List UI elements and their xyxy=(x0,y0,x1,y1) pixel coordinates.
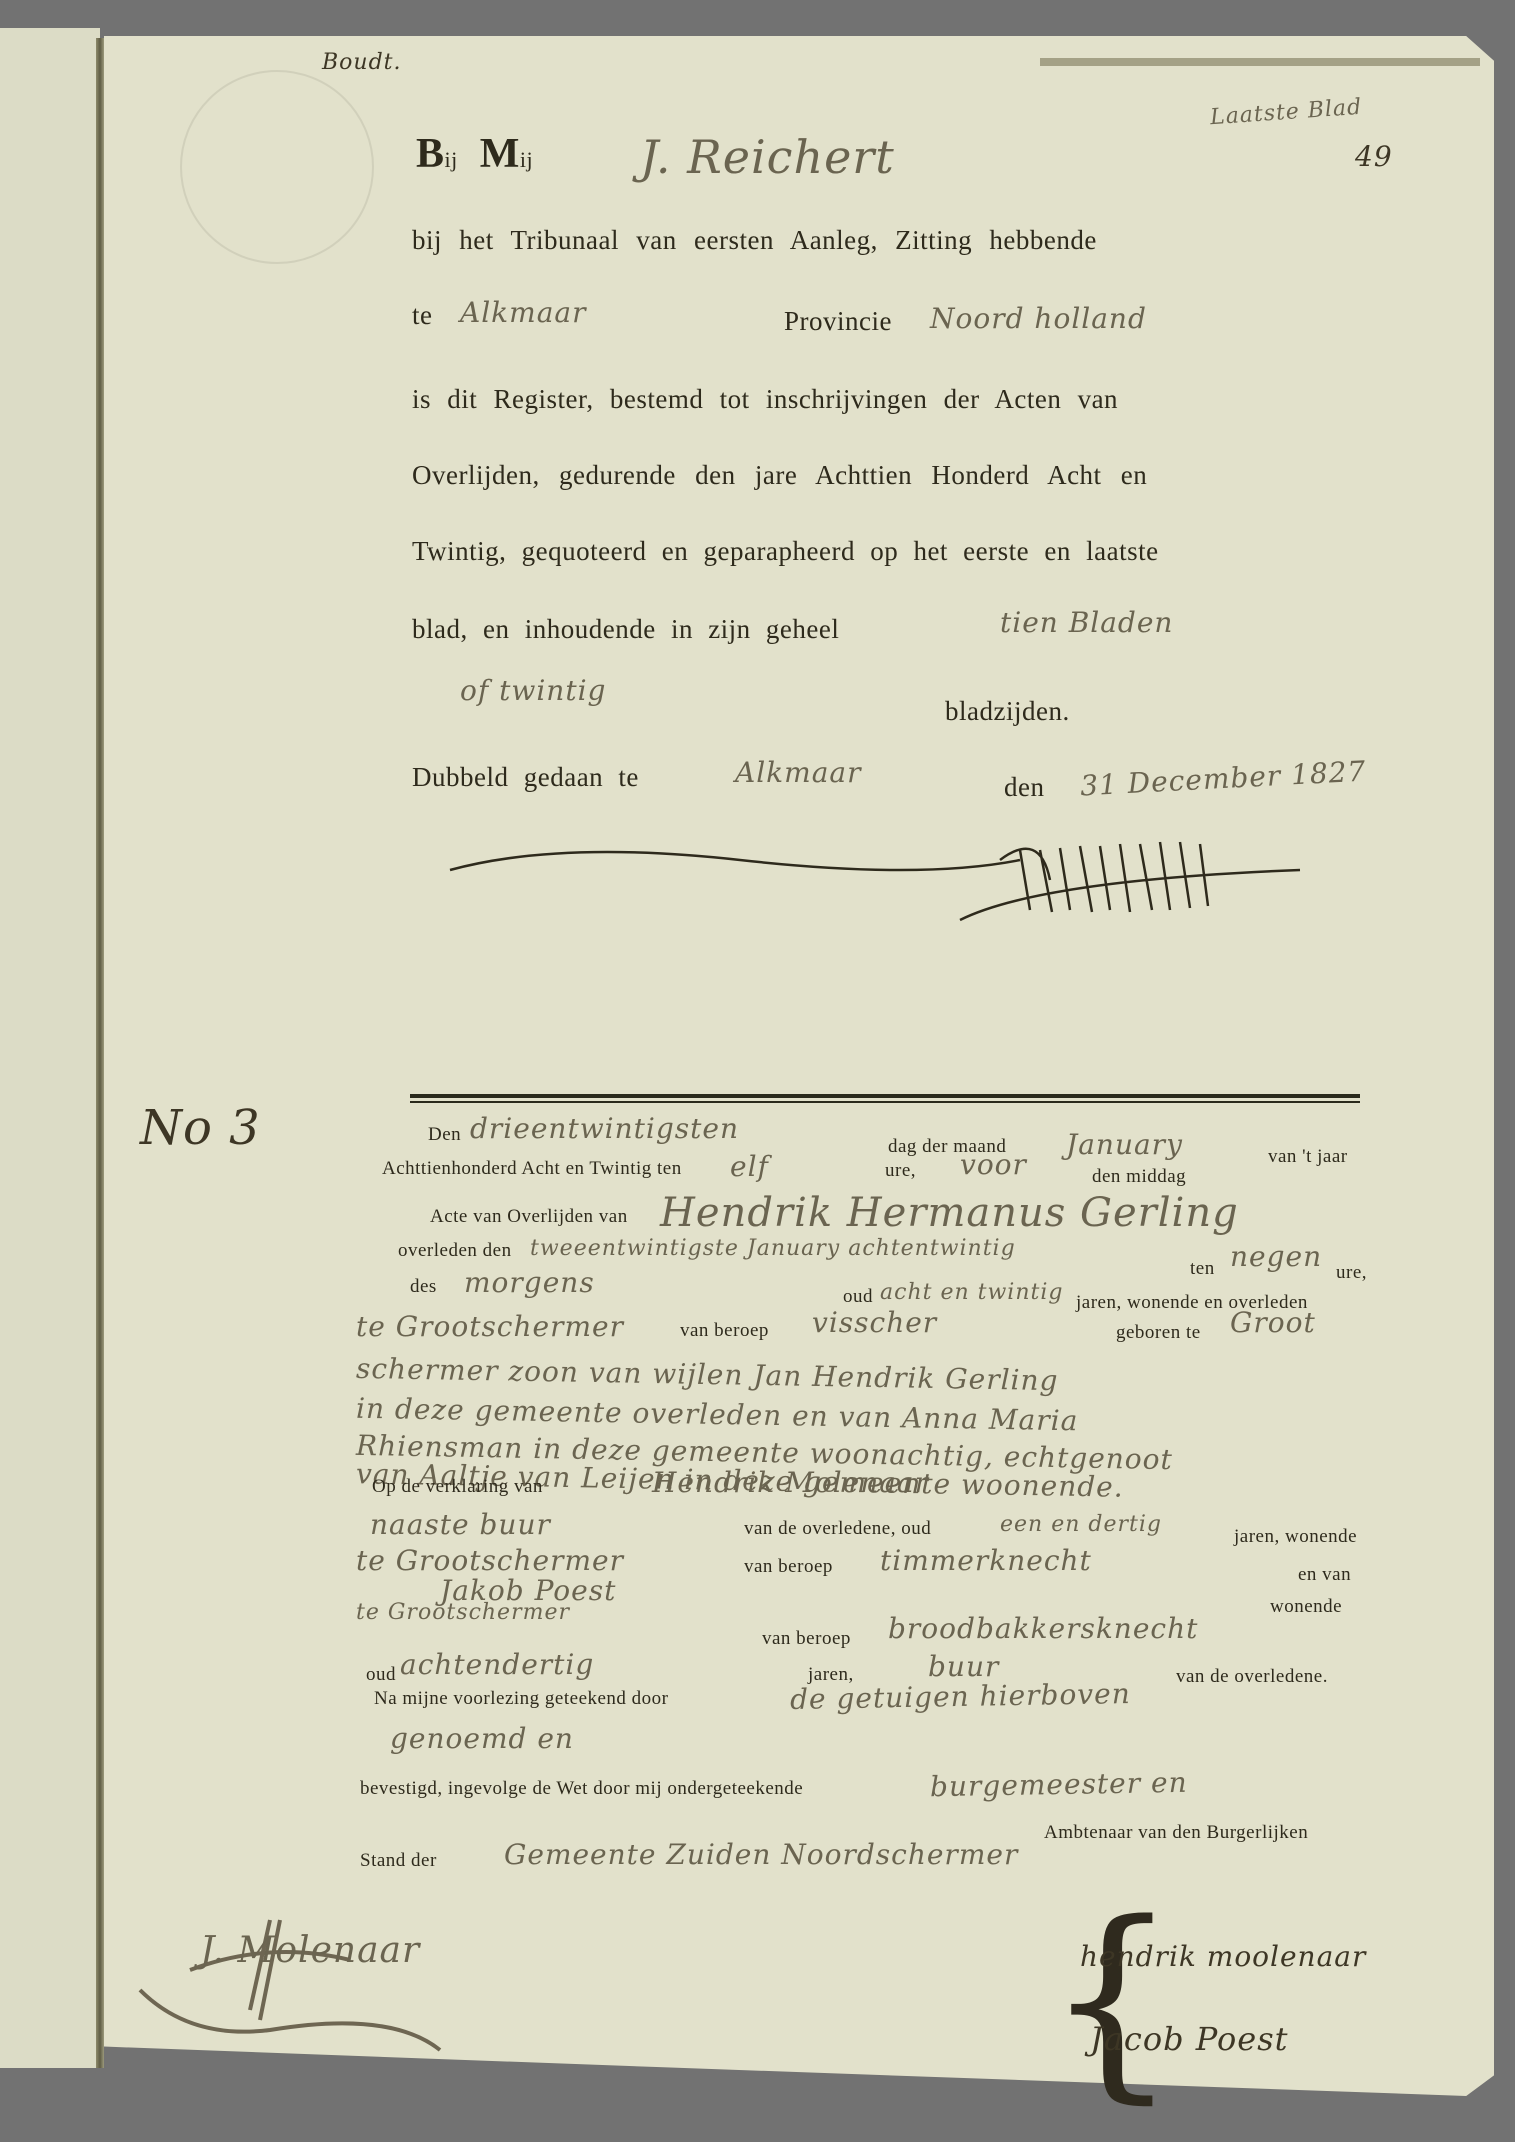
embossed-seal xyxy=(180,70,374,264)
r6-occupation: visscher xyxy=(812,1306,937,1339)
witness2-signature: Jacob Poest xyxy=(1090,2020,1288,2058)
decl-line-6: blad, en inhoudende in zijn geheel xyxy=(412,614,839,645)
title-ij: ij xyxy=(445,147,458,172)
r3-printed: Acte van Overlijden van xyxy=(430,1206,628,1228)
r1-day: drieentwintigsten xyxy=(470,1112,739,1145)
r2-voor: voor xyxy=(960,1148,1027,1181)
w1-envan: en van xyxy=(1298,1564,1351,1586)
decl-province-label: Provincie xyxy=(784,306,892,337)
decl-line-2-te: te xyxy=(412,300,433,331)
r4-date: tweeentwintigste January achtentwintig xyxy=(530,1236,1016,1261)
w2-place: te Grootschermer xyxy=(356,1600,570,1625)
r6-beroep: van beroep xyxy=(680,1320,769,1342)
w1-relation: naaste buur xyxy=(370,1508,551,1541)
c5-hand: Gemeente Zuiden Noordschermer xyxy=(504,1838,1018,1871)
left-page-edge xyxy=(0,28,100,2068)
record-number: No 3 xyxy=(140,1100,261,1156)
witness1-name: Hendrik Molenaar xyxy=(652,1466,929,1499)
w1-label: Op de verklaring van xyxy=(372,1476,543,1498)
decl-line-1: bij het Tribunaal van eersten Aanleg, Zi… xyxy=(412,225,1097,256)
decl-dubbeld-place: Alkmaar xyxy=(735,756,861,789)
c2-hand: genoemd en xyxy=(390,1722,574,1755)
decl-province: Noord holland xyxy=(930,302,1147,335)
r6-birthplace: Groot xyxy=(1230,1306,1316,1339)
c1-printed: Na mijne voorlezing geteekend door xyxy=(374,1688,669,1710)
r2-printed: Achttienhonderd Acht en Twintig ten xyxy=(382,1158,682,1180)
r4-ten: ten xyxy=(1190,1258,1215,1280)
c3-printed: bevestigd, ingevolge de Wet door mij ond… xyxy=(360,1778,803,1800)
w2-wonende: wonende xyxy=(1270,1596,1342,1618)
decl-bladzijden: bladzijden. xyxy=(945,696,1070,727)
w1-wonende: jaren, wonende xyxy=(1234,1526,1357,1548)
record-rule-top xyxy=(410,1094,1360,1098)
r4-printed: overleden den xyxy=(398,1240,512,1262)
decl-page-count-2: of twintig xyxy=(460,674,606,707)
r2-ure: ure, xyxy=(885,1160,916,1182)
decl-den: den xyxy=(1004,772,1044,803)
title-b: B xyxy=(416,131,445,177)
w2-occupation: broodbakkersknecht xyxy=(888,1612,1198,1645)
decl-line-5: Twintig, gequoteerd en geparapheerd op h… xyxy=(412,536,1159,567)
w1-age: een en dertig xyxy=(1000,1512,1162,1537)
deceased-name: Hendrik Hermanus Gerling xyxy=(660,1190,1239,1236)
r2-hour: elf xyxy=(730,1150,769,1183)
r1-month: January xyxy=(1066,1128,1183,1161)
r5-oud: oud xyxy=(843,1286,873,1308)
book-spine xyxy=(96,38,104,2068)
official-name: J. Reichert xyxy=(640,130,895,184)
r5-des: des xyxy=(410,1276,437,1298)
w1-occupation: timmerknecht xyxy=(880,1544,1092,1577)
r5-time: morgens xyxy=(464,1266,595,1299)
decl-dubbeld: Dubbeld gedaan te xyxy=(412,762,639,793)
r1-vantjaar: van 't jaar xyxy=(1268,1146,1348,1168)
witness1-signature: hendrik moolenaar xyxy=(1080,1940,1366,1973)
w2-oud: oud xyxy=(366,1664,396,1686)
decl-line-3: is dit Register, bestemd tot inschrijvin… xyxy=(412,384,1118,415)
decl-line-4: Overlijden, gedurende den jare Achttien … xyxy=(412,460,1147,491)
record-rule-bottom xyxy=(410,1101,1360,1103)
r1-den: Den xyxy=(428,1124,461,1146)
title-m: M xyxy=(480,131,520,177)
page-top-edge xyxy=(1040,58,1480,66)
title-bij-mij: Bij Mij xyxy=(416,130,533,178)
c5-printed: Stand der xyxy=(360,1850,437,1872)
decl-place: Alkmaar xyxy=(460,296,586,329)
r4-hour: negen xyxy=(1230,1240,1322,1273)
w1-vande: van de overledene, oud xyxy=(744,1518,931,1540)
corner-note: Boudt. xyxy=(322,50,402,75)
w1-place: te Grootschermer xyxy=(356,1544,624,1577)
c3-hand: burgemeester en xyxy=(930,1766,1188,1803)
official-signature: J. Molenaar xyxy=(200,1930,420,1971)
c1-hand: de getuigen hierboven xyxy=(790,1677,1131,1716)
c4-printed: Ambtenaar van den Burgerlijken xyxy=(1044,1822,1308,1844)
title-ij-2: ij xyxy=(520,147,533,172)
w2-age: achtendertig xyxy=(400,1648,594,1681)
w1-beroep: van beroep xyxy=(744,1556,833,1578)
official-signature-paraph xyxy=(130,1900,550,2060)
decl-page-count: tien Bladen xyxy=(1000,606,1173,639)
w2-vande: van de overledene. xyxy=(1176,1666,1328,1688)
r4-ure: ure, xyxy=(1336,1262,1367,1284)
w2-beroep: van beroep xyxy=(762,1628,851,1650)
signature-brace: { xyxy=(1045,1895,1179,2105)
w2-relation: buur xyxy=(928,1650,999,1683)
r2-middag: den middag xyxy=(1092,1166,1186,1188)
r5-age: acht en twintig xyxy=(880,1280,1063,1305)
official-signature-flourish xyxy=(440,820,1340,930)
r6-place: te Grootschermer xyxy=(356,1310,624,1343)
folio-number: 49 xyxy=(1355,140,1393,173)
r6-geboren: geboren te xyxy=(1116,1322,1201,1344)
